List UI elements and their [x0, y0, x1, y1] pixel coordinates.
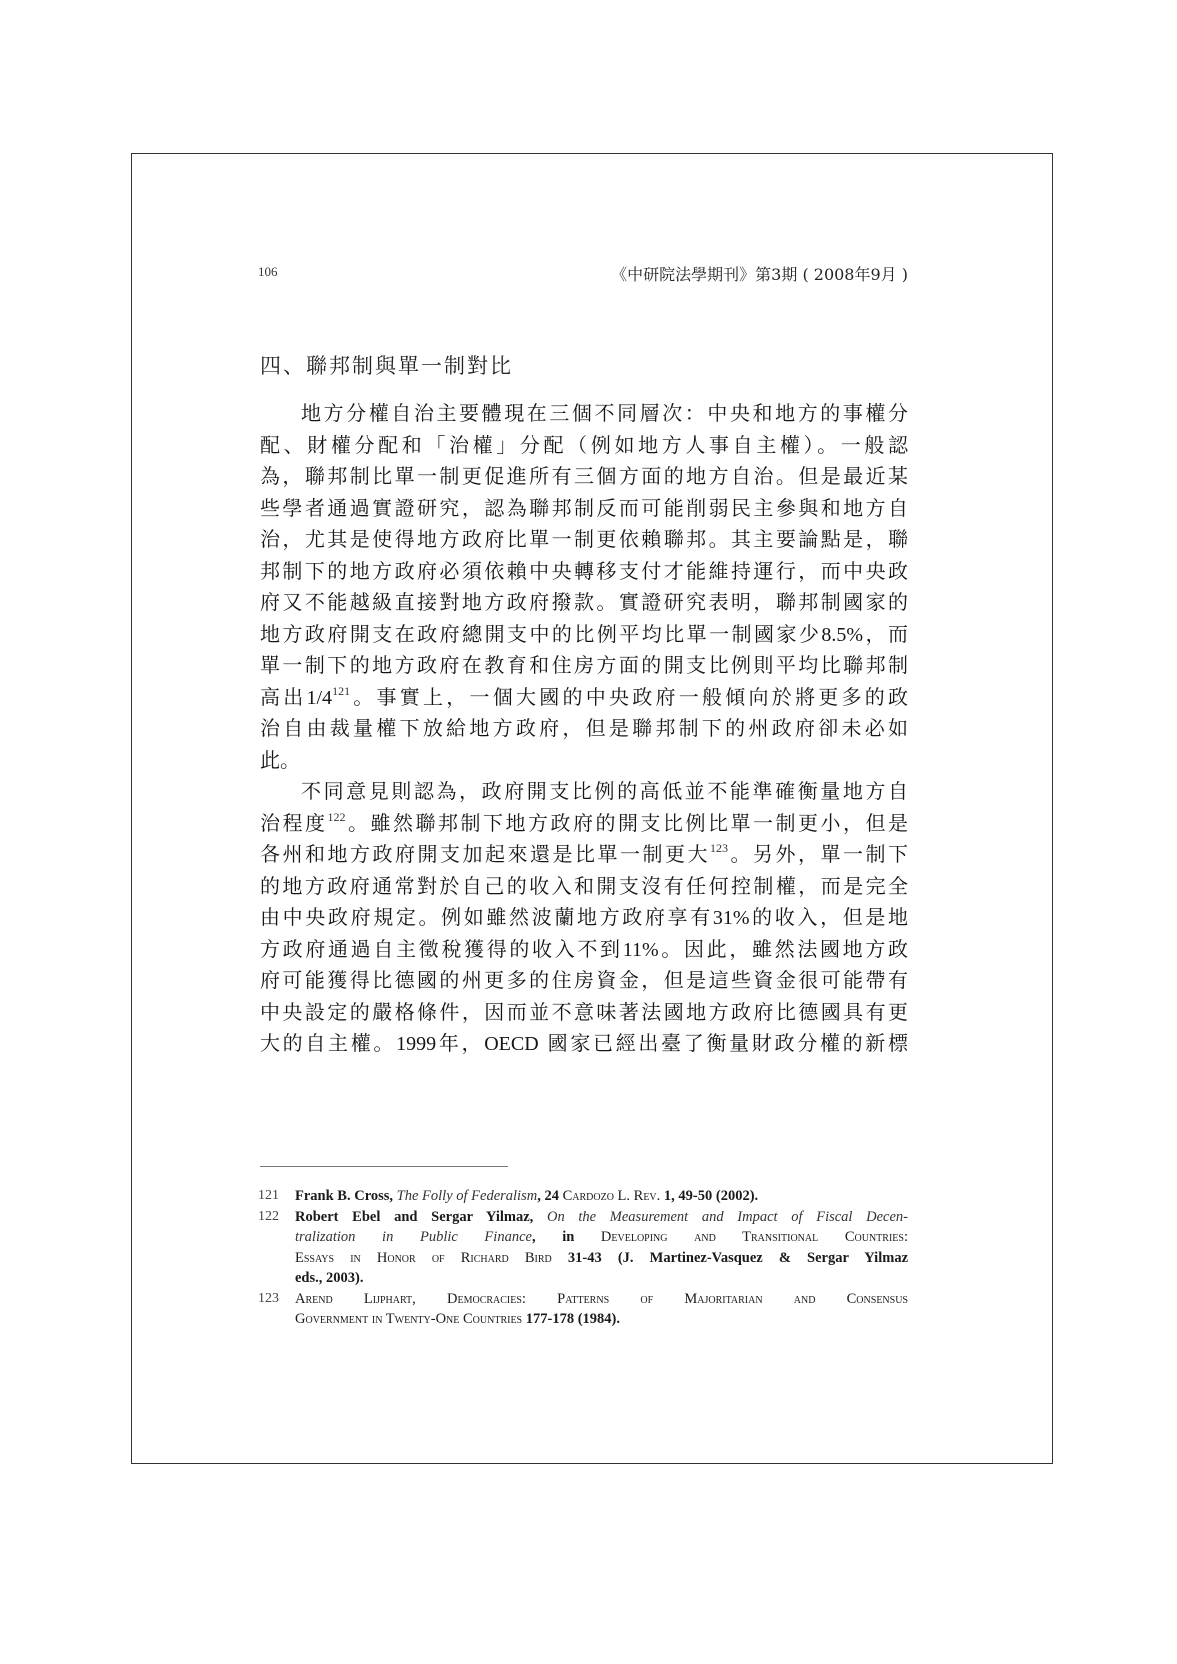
body-line: 治，尤其是使得地方政府比單一制更依賴聯邦。其主要論點是，聯	[260, 524, 908, 556]
footnotes: 121 Frank B. Cross, The Folly of Federal…	[258, 1186, 908, 1330]
journal-title: 《中研院法學期刊》第3期 ( 2008年9月 )	[611, 262, 908, 285]
footnote-123: 123 Arend Lijphart, Democracies: Pattern…	[258, 1289, 908, 1330]
body-line: 此。	[260, 745, 908, 777]
footnote-line: Arend Lijphart, Democracies: Patterns of…	[295, 1289, 908, 1310]
body-line: 單一制下的地方政府在教育和住房方面的開支比例則平均比聯邦制	[260, 650, 908, 682]
body-line: 地方政府開支在政府總開支中的比例平均比單一制國家少8.5%，而	[260, 619, 908, 651]
footnote-number: 122	[258, 1207, 279, 1228]
footnote-line: Government in Twenty-One Countries 177-1…	[295, 1309, 908, 1330]
footnote-ref-122[interactable]: 122	[328, 810, 346, 824]
body-line: 治自由裁量權下放給地方政府，但是聯邦制下的州政府卻未必如	[260, 713, 908, 745]
body-line: 中央設定的嚴格條件，因而並不意味著法國地方政府比德國具有更	[260, 997, 908, 1029]
footnote-line: tralization in Public Finance, in Develo…	[295, 1227, 908, 1248]
body-line: 配、財權分配和「治權」分配（例如地方人事自主權）。一般認	[260, 430, 908, 462]
footnote-ref-121[interactable]: 121	[332, 684, 350, 698]
body-line: 地方分權自治主要體現在三個不同層次：中央和地方的事權分	[260, 398, 908, 430]
footnote-122: 122 Robert Ebel and Sergar Yilmaz, On th…	[258, 1207, 908, 1289]
section-heading: 四、聯邦制與單一制對比	[260, 350, 513, 380]
footnote-121: 121 Frank B. Cross, The Folly of Federal…	[258, 1186, 908, 1207]
body-line: 邦制下的地方政府必須依賴中央轉移支付才能維持運行，而中央政	[260, 556, 908, 588]
footnote-divider	[260, 1166, 508, 1167]
body-line: 不同意見則認為，政府開支比例的高低並不能準確衡量地方自	[260, 776, 908, 808]
footnote-number: 123	[258, 1289, 279, 1310]
body-line: 高出1/4121。事實上，一個大國的中央政府一般傾向於將更多的政	[260, 682, 908, 714]
body-line: 方政府通過自主徵稅獲得的收入不到11%。因此，雖然法國地方政	[260, 934, 908, 966]
footnote-line: Essays in Honor of Richard Bird 31-43 (J…	[295, 1248, 908, 1269]
footnote-line: Robert Ebel and Sergar Yilmaz, On the Me…	[295, 1207, 908, 1228]
body-line: 治程度122。雖然聯邦制下地方政府的開支比例比單一制更小，但是	[260, 808, 908, 840]
body-line: 為，聯邦制比單一制更促進所有三個方面的地方自治。但是最近某	[260, 461, 908, 493]
body-line: 府又不能越級直接對地方政府撥款。實證研究表明，聯邦制國家的	[260, 587, 908, 619]
page-number: 106	[258, 264, 278, 280]
body-line: 大的自主權。1999年，OECD 國家已經出臺了衡量財政分權的新標	[260, 1028, 908, 1060]
body-line: 各州和地方政府開支加起來還是比單一制更大123。另外，單一制下	[260, 839, 908, 871]
body-text: 地方分權自治主要體現在三個不同層次：中央和地方的事權分 配、財權分配和「治權」分…	[260, 398, 908, 1060]
body-line: 些學者通過實證研究，認為聯邦制反而可能削弱民主參與和地方自	[260, 493, 908, 525]
footnote-line: eds., 2003).	[295, 1268, 908, 1289]
footnote-ref-123[interactable]: 123	[710, 841, 728, 855]
footnote-number: 121	[258, 1186, 279, 1207]
footnote-line: Frank B. Cross, The Folly of Federalism,…	[295, 1186, 908, 1207]
body-line: 府可能獲得比德國的州更多的住房資金，但是這些資金很可能帶有	[260, 965, 908, 997]
body-line: 由中央政府規定。例如雖然波蘭地方政府享有31%的收入，但是地	[260, 902, 908, 934]
body-line: 的地方政府通常對於自己的收入和開支沒有任何控制權，而是完全	[260, 871, 908, 903]
running-header: 106 《中研院法學期刊》第3期 ( 2008年9月 )	[258, 262, 908, 286]
